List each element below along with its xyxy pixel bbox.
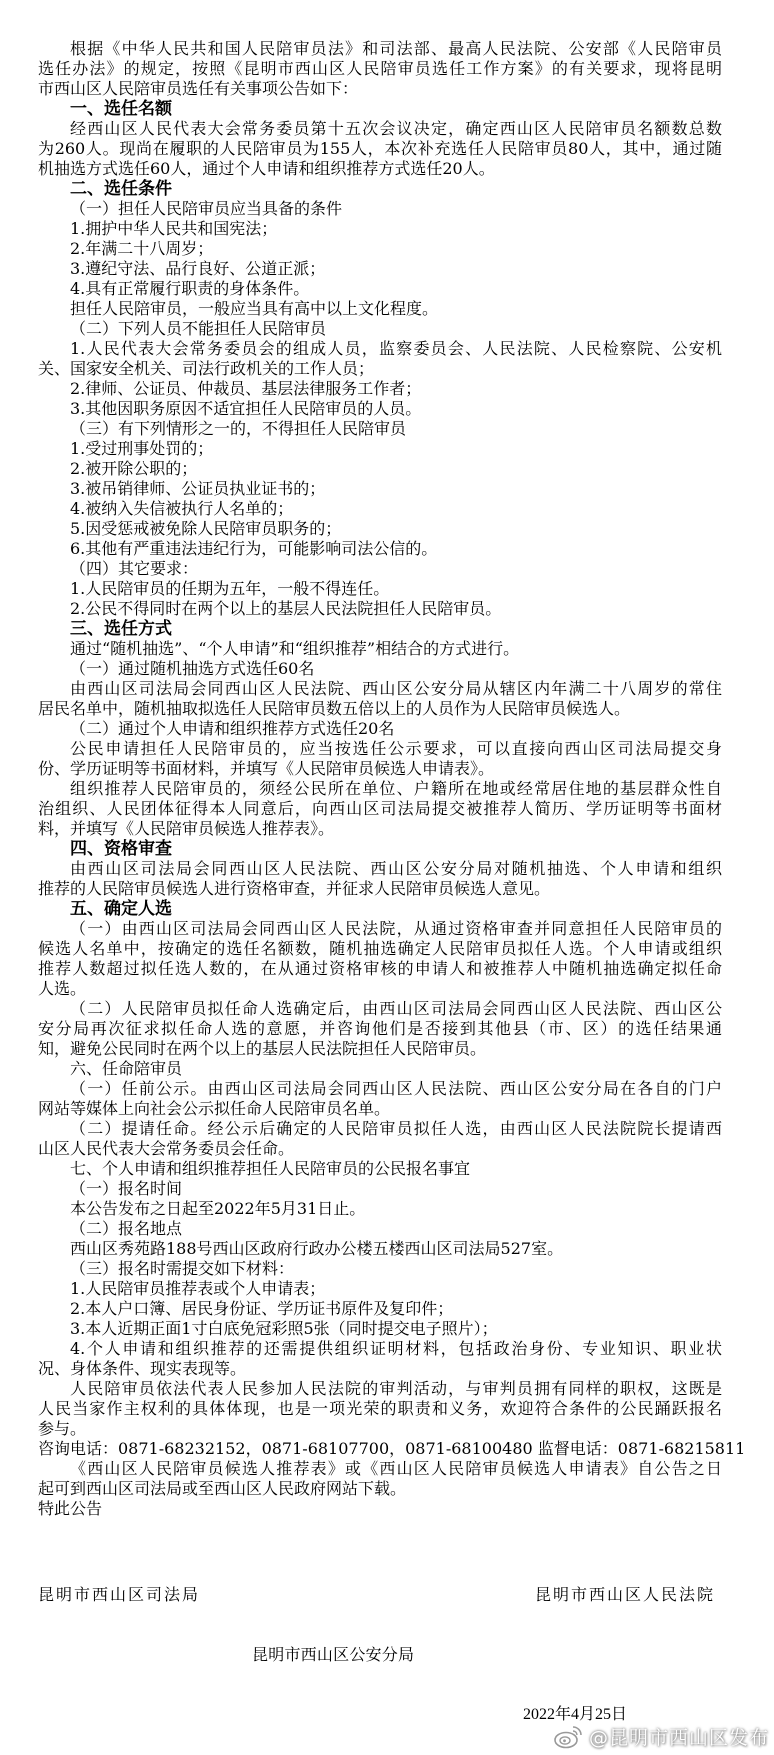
body-line: 市西山区人民陪审员选任有关事项公告如下：: [38, 79, 358, 99]
body-line: 3.本人近期正面1寸白底免冠彩照5张（同时提交电子照片）；: [70, 1319, 498, 1339]
body-line: 经西山区人民代表大会常务委员第十五次会议决定，确定西山区人民陪审员名额数总数: [70, 119, 722, 139]
body-line: 人选。: [38, 979, 86, 999]
body-line: 居民名单中，随机抽取拟选任人民陪审员数五倍以上的人员作为人民陪审员候选人。: [38, 699, 630, 719]
body-line: 山区人民代表大会常务委员会任命。: [38, 1139, 294, 1159]
body-line: 2.被开除公职的；: [70, 459, 197, 479]
body-line: 关、国家安全机关、司法行政机关的工作人员；: [38, 359, 374, 379]
body-line: 1.受过刑事处罚的；: [70, 439, 213, 459]
body-line: 3.被吊销律师、公证员执业证书的；: [70, 479, 325, 499]
body-line: 4.被纳入失信被执行人名单的；: [70, 499, 293, 519]
body-line: 2.律师、公证员、仲裁员、基层法律服务工作者；: [70, 379, 421, 399]
body-line: 人民陪审员依法代表人民参加人民法院的审判活动，与审判员拥有同样的职权，这既是: [70, 1379, 722, 1399]
body-line: （一）由西山区司法局会同西山区人民法院，从通过资格审查并同意担任人民陪审员的: [70, 919, 722, 939]
body-line: 份、学历证明等书面材料，并填写《人民陪审员候选人申请表》。: [38, 759, 494, 779]
section-heading: 五、确定人选: [70, 899, 172, 919]
body-line: （一）通过随机抽选方式选任60名: [70, 659, 314, 679]
body-line: （三）有下列情形之一的，不得担任人民陪审员: [70, 419, 406, 439]
body-line: （一）担任人民陪审员应当具备的条件: [70, 199, 342, 219]
body-line: 2.公民不得同时在两个以上的基层人民法院担任人民陪审员。: [70, 599, 501, 619]
body-line: 参与。: [38, 1419, 86, 1439]
body-line: 知，避免公民同时在两个以上的基层人民法院担任人民陪审员。: [38, 1039, 486, 1059]
body-line: 料，并填写《人民陪审员候选人推荐表》。: [38, 819, 334, 839]
body-line: 1.人民陪审员的任期为五年，一般不得连任。: [70, 579, 389, 599]
watermark-text: @昆明市西山区发布: [589, 1723, 769, 1750]
body-line: 2.年满二十八周岁；: [70, 239, 213, 259]
body-line: （一）任前公示。由西山区司法局会同西山区人民法院、西山区公安分局在各自的门户: [70, 1079, 722, 1099]
body-line: 七、个人申请和组织推荐担任人民陪审员的公民报名事宜: [70, 1159, 470, 1179]
body-line: 为260人。现尚在履职的人民陪审员为155人，本次补充选任人民陪审员80人，其中…: [38, 139, 722, 159]
body-line: （二）提请任命。经公示后确定的人民陪审员拟任人选，由西山区人民法院院长提请西: [70, 1119, 722, 1139]
body-line: 安分局再次征求拟任命人选的意愿，并咨询他们是否接到其他县（市、区）的选任结果通: [38, 1019, 722, 1039]
body-line: 根据《中华人民共和国人民陪审员法》和司法部、最高人民法院、公安部《人民陪审员: [70, 39, 722, 59]
signature-court: 昆明市西山区人民法院: [535, 1585, 713, 1605]
section-heading: 四、资格审查: [70, 839, 172, 859]
body-line: 咨询电话：0871-68232152，0871-68107700，0871-68…: [38, 1439, 696, 1459]
body-line: 2.本人户口簿、居民身份证、学历证书原件及复印件；: [70, 1299, 453, 1319]
body-line: 担任人民陪审员，一般应当具有高中以上文化程度。: [70, 299, 438, 319]
body-line: 3.其他因职务原因不适宜担任人民陪审员的人员。: [70, 399, 421, 419]
signature-public-security-bureau: 昆明市西山区公安分局: [252, 1645, 414, 1665]
body-line: （二）通过个人申请和组织推荐方式选任20名: [70, 719, 394, 739]
body-line: 机抽选方式选任60人，通过个人申请和组织推荐方式选任20人。: [38, 159, 495, 179]
body-line: 1.人民代表大会常务委员会的组成人员，监察委员会、人民法院、人民检察院、公安机: [70, 339, 722, 359]
body-line: 推荐人数超过拟任选人数的，在从通过资格审核的申请人和被推荐人中随机抽选确定拟任命: [38, 959, 722, 979]
weibo-watermark: @昆明市西山区发布: [553, 1722, 769, 1750]
body-line: 公民申请担任人民陪审员的，应当按选任公示要求，可以直接向西山区司法局提交身: [70, 739, 722, 759]
body-line: （三）报名时需提交如下材料：: [70, 1259, 294, 1279]
body-line: 1.人民陪审员推荐表或个人申请表；: [70, 1279, 325, 1299]
body-line: （二）报名地点: [70, 1219, 182, 1239]
body-line: 西山区秀苑路188号西山区政府行政办公楼五楼西山区司法局527室。: [70, 1239, 563, 1259]
signature-justice-bureau: 昆明市西山区司法局: [38, 1585, 198, 1605]
body-line: 治组织、人民团体征得本人同意后，向西山区司法局提交被推荐人简历、学历证明等书面材: [38, 799, 722, 819]
body-line: （一）报名时间: [70, 1179, 182, 1199]
body-line: 推荐的人民陪审员候选人进行资格审查，并征求人民陪审员候选人意见。: [38, 879, 550, 899]
body-line: 4.个人申请和组织推荐的还需提供组织证明材料，包括政治身份、专业知识、职业状: [70, 1339, 722, 1359]
body-line: 况、身体条件、现实表现等。: [38, 1359, 246, 1379]
body-line: 由西山区司法局会同西山区人民法院、西山区公安分局对随机抽选、个人申请和组织: [70, 859, 722, 879]
body-line: 1.拥护中华人民共和国宪法；: [70, 219, 277, 239]
announcement-document: 根据《中华人民共和国人民陪审员法》和司法部、最高人民法院、公安部《人民陪审员选任…: [0, 0, 774, 1755]
body-line: 通过“随机抽选”、“个人申请”和“组织推荐”相结合的方式进行。: [70, 639, 519, 659]
body-line: 《西山区人民陪审员候选人推荐表》或《西山区人民陪审员候选人申请表》自公告之日: [70, 1459, 722, 1479]
body-line: 4.具有正常履行职责的身体条件。: [70, 279, 309, 299]
body-line: 候选人名单中，按确定的选任名额数，随机抽选确定人民陪审员拟任人选。个人申请或组织: [38, 939, 722, 959]
section-heading: 一、选任名额: [70, 99, 172, 119]
body-line: 特此公告: [38, 1499, 102, 1519]
body-line: 由西山区司法局会同西山区人民法院、西山区公安分局从辖区内年满二十八周岁的常住: [70, 679, 722, 699]
body-line: 网站等媒体上向社会公示拟任命人民陪审员名单。: [38, 1099, 390, 1119]
weibo-icon: [553, 1723, 585, 1749]
body-line: （二）人民陪审员拟任命人选确定后，由西山区司法局会同西山区人民法院、西山区公: [70, 999, 722, 1019]
body-line: 组织推荐人民陪审员的，须经公民所在单位、户籍所在地或经常居住地的基层群众性自: [70, 779, 722, 799]
body-line: 6.其他有严重违法违纪行为，可能影响司法公信的。: [70, 539, 437, 559]
body-line: （二）下列人员不能担任人民陪审员: [70, 319, 326, 339]
section-heading: 三、选任方式: [70, 619, 172, 639]
body-line: 选任办法》的规定，按照《昆明市西山区人民陪审员选任工作方案》的有关要求，现将昆明: [38, 59, 722, 79]
section-heading: 二、选任条件: [70, 179, 172, 199]
body-line: 5.因受惩戒被免除人民陪审员职务的；: [70, 519, 341, 539]
body-line: 人民当家作主权利的具体体现，也是一项光荣的职责和义务，欢迎符合条件的公民踊跃报名: [38, 1399, 722, 1419]
body-line: 起可到西山区司法局或至西山区人民政府网站下载。: [38, 1479, 406, 1499]
body-line: （四）其它要求：: [70, 559, 198, 579]
body-line: 本公告发布之日起至2022年5月31日止。: [70, 1199, 365, 1219]
body-line: 3.遵纪守法、品行良好、公道正派；: [70, 259, 325, 279]
body-line: 六、任命陪审员: [70, 1059, 182, 1079]
